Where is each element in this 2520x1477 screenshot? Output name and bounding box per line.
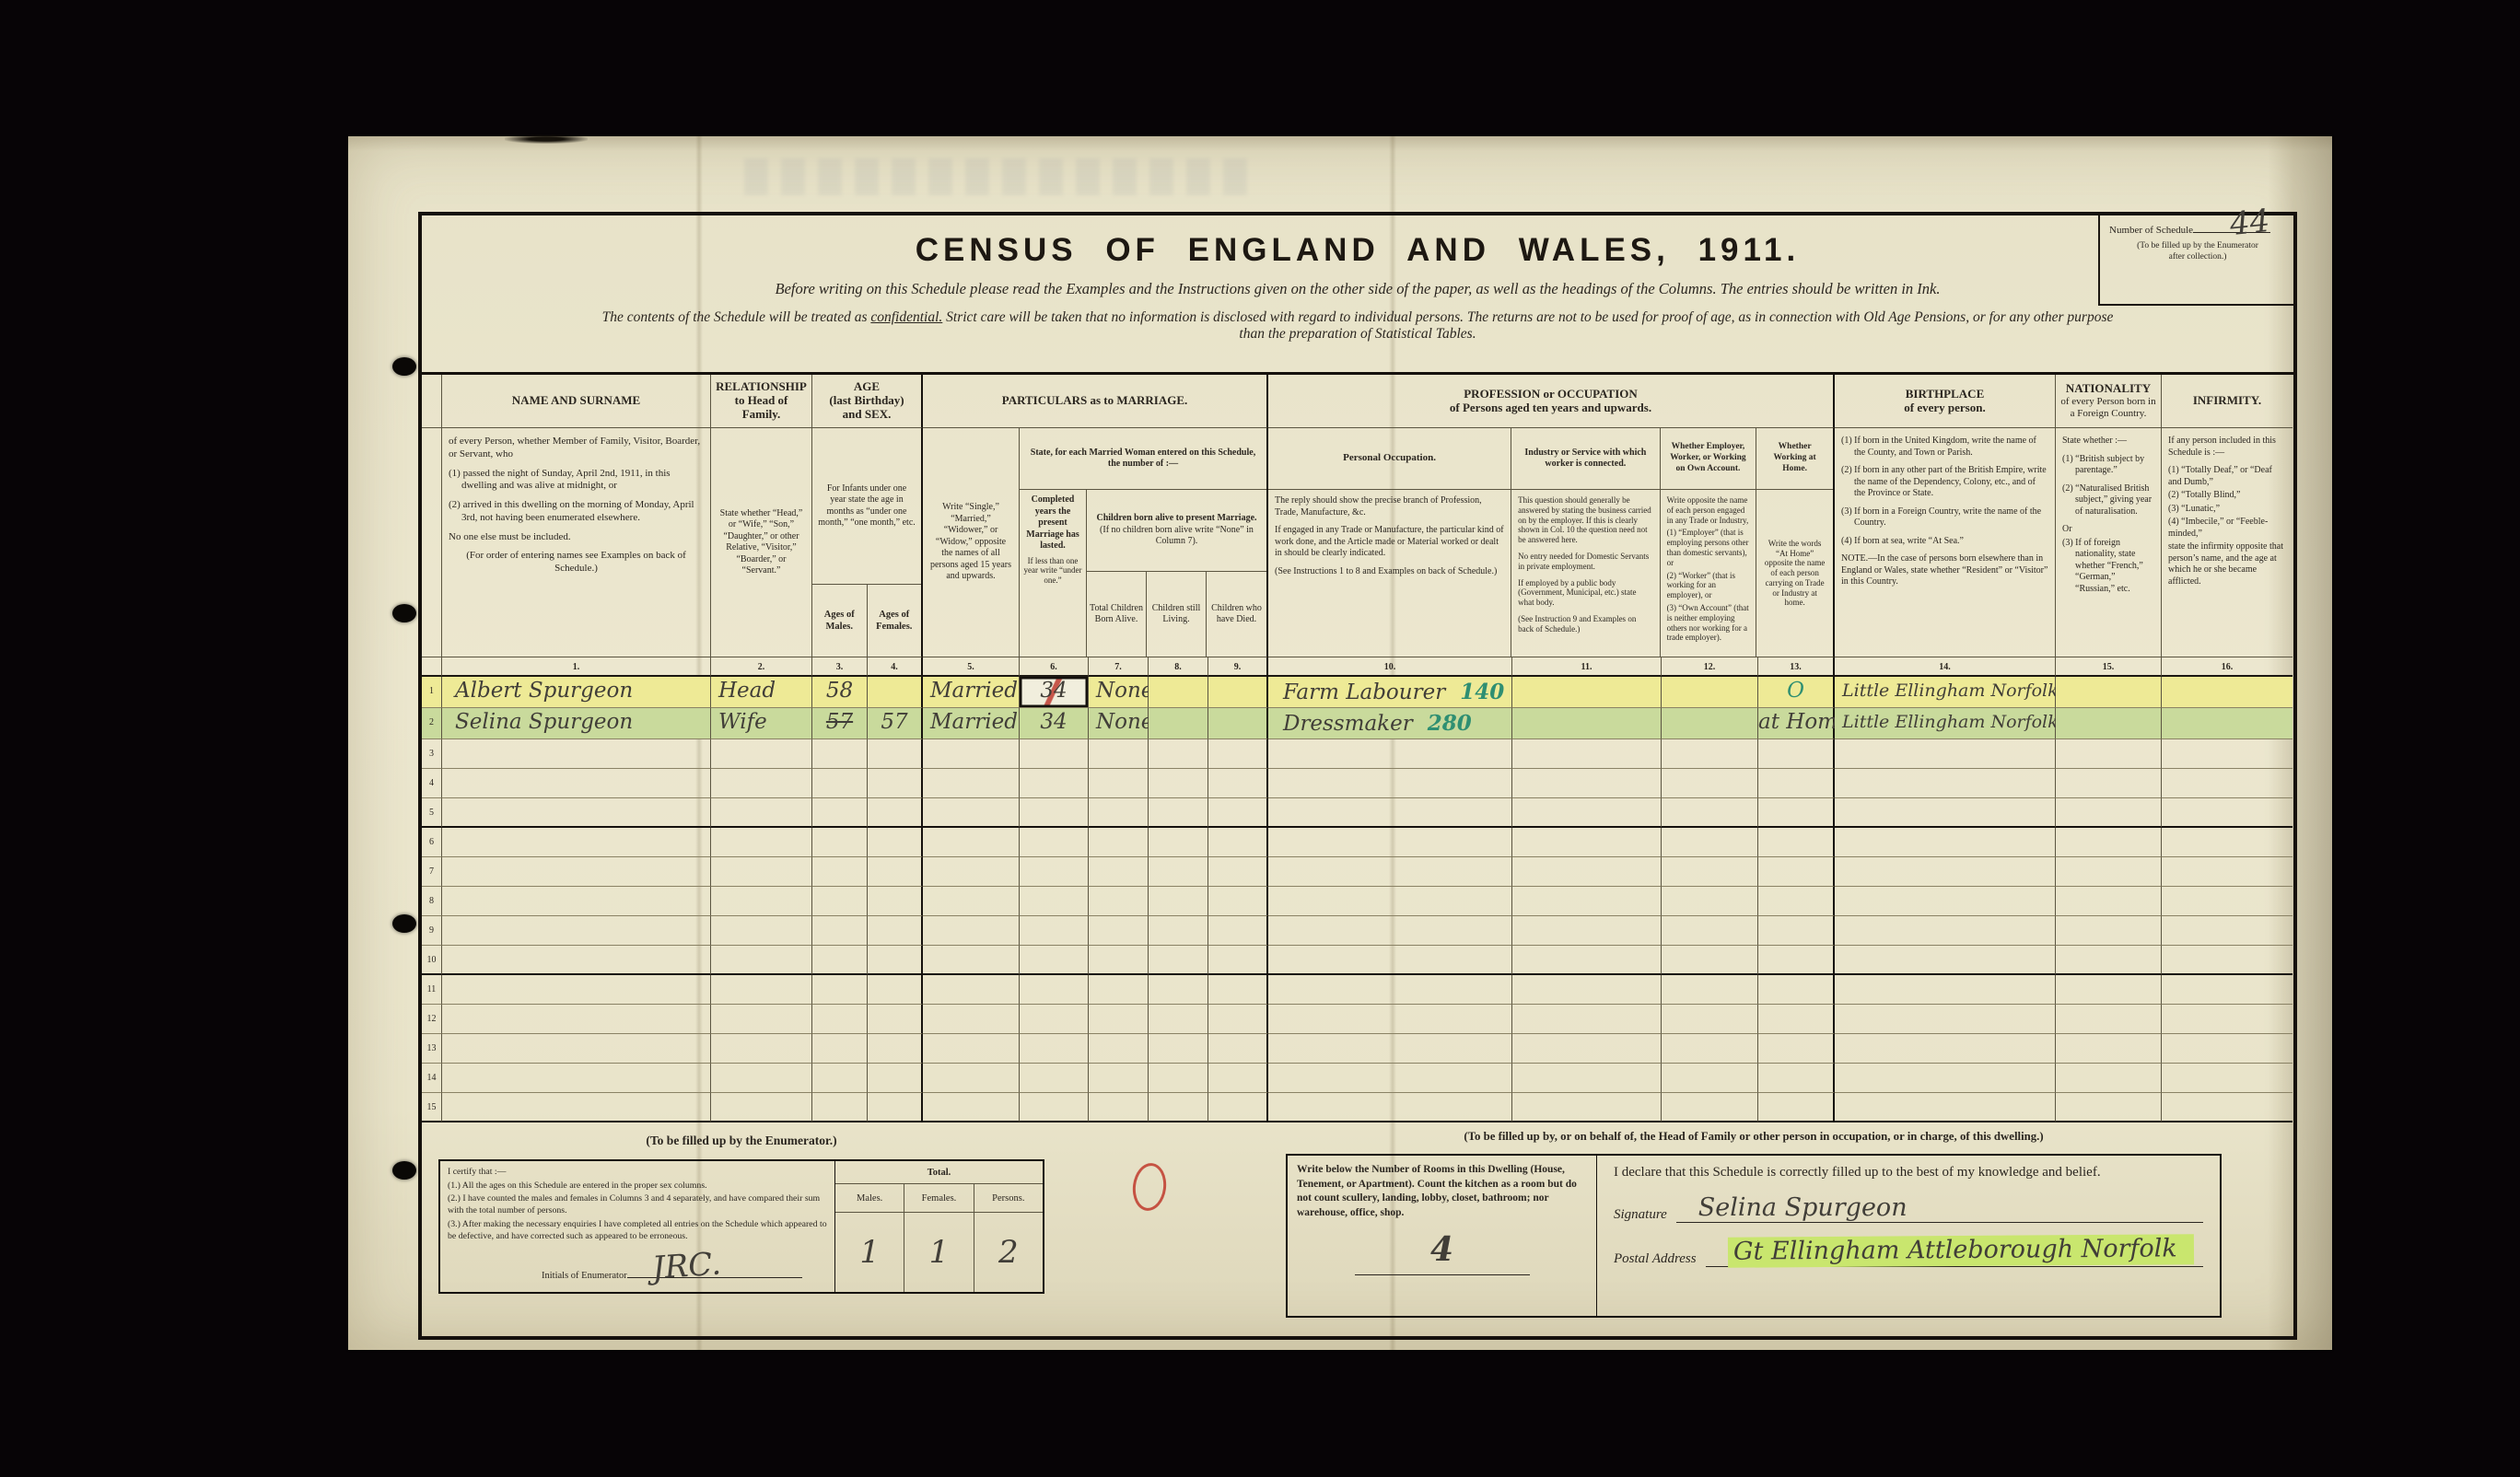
cell-age-males bbox=[812, 857, 868, 887]
employer-instr-p1: Write opposite the name of each person e… bbox=[1667, 495, 1750, 525]
declaration-text: I declare that this Schedule is correctl… bbox=[1614, 1165, 2203, 1180]
persons-value: 2 bbox=[974, 1213, 1043, 1292]
cell-birthplace bbox=[1835, 798, 2056, 828]
cell-relationship bbox=[711, 1005, 812, 1034]
cell-row-number: 7 bbox=[422, 857, 442, 887]
postal-address-value-area: Gt Ellingham Attleborough Norfolk bbox=[1706, 1236, 2203, 1267]
males-value: 1 bbox=[835, 1213, 904, 1292]
cell-marriage-years: 34 bbox=[1020, 677, 1089, 708]
cell-children-born bbox=[1089, 769, 1149, 798]
cell-age-females bbox=[868, 769, 923, 798]
cell-relationship: Wife bbox=[711, 708, 812, 739]
schedule-row: 15 bbox=[422, 1093, 2293, 1122]
infirmity-instr-5: (4) “Imbecile,” or “Feeble-minded,” bbox=[2168, 517, 2286, 540]
schedule-row: 11 bbox=[422, 975, 2293, 1005]
schedule-number-label: Number of Schedule bbox=[2109, 225, 2193, 236]
cell-marital bbox=[923, 1064, 1020, 1093]
col-head-infirmity: INFIRMITY. bbox=[2162, 375, 2292, 428]
children-born-label: Total Children Born Alive. bbox=[1087, 572, 1147, 657]
infirmity-instr-4: (3) “Lunatic,” bbox=[2168, 504, 2286, 516]
cell-children-living bbox=[1149, 739, 1208, 769]
cell-marital bbox=[923, 946, 1020, 975]
cell-name bbox=[442, 739, 711, 769]
cell-employer-worker bbox=[1662, 1093, 1758, 1122]
married-woman-header: State, for each Married Woman entered on… bbox=[1020, 428, 1266, 490]
rooms-value-area: 4 bbox=[1297, 1227, 1587, 1275]
cell-age-females bbox=[868, 1005, 923, 1034]
totals-values: 1 1 2 bbox=[835, 1213, 1043, 1292]
totals-header: Total. bbox=[835, 1161, 1043, 1184]
col-head-marriage: PARTICULARS as to MARRIAGE. bbox=[923, 375, 1268, 428]
marriage-years-main: Completed years the present Marriage has… bbox=[1023, 494, 1082, 552]
cell-industry bbox=[1512, 798, 1662, 828]
cell-children-living bbox=[1149, 887, 1208, 916]
at-home-instructions: Write the words “At Home” opposite the n… bbox=[1756, 490, 1833, 657]
column-number: 16. bbox=[2162, 657, 2292, 677]
cell-birthplace bbox=[1835, 1064, 2056, 1093]
cell-age-males: 57 bbox=[812, 708, 868, 739]
rooms-section: Write below the Number of Rooms in this … bbox=[1288, 1156, 1597, 1316]
cell-infirmity bbox=[2162, 1064, 2292, 1093]
cell-children-died bbox=[1208, 1093, 1268, 1122]
cell-infirmity bbox=[2162, 857, 2292, 887]
children-died-label: Children who have Died. bbox=[1207, 572, 1266, 657]
cell-employer-worker bbox=[1662, 677, 1758, 708]
cell-working-at-home: O bbox=[1758, 677, 1835, 708]
cell-children-died bbox=[1208, 1064, 1268, 1093]
cell-age-females bbox=[868, 887, 923, 916]
cell-row-number: 8 bbox=[422, 887, 442, 916]
cell-marital bbox=[923, 857, 1020, 887]
cell-working-at-home bbox=[1758, 1034, 1835, 1064]
schedule-number-box: Number of Schedule 44 (To be filled up b… bbox=[2098, 215, 2293, 306]
cell-row-number: 5 bbox=[422, 798, 442, 828]
cell-occupation bbox=[1268, 975, 1512, 1005]
married-woman-block: State, for each Married Woman entered on… bbox=[1020, 428, 1268, 657]
signature-label: Signature bbox=[1614, 1207, 1667, 1223]
cell-children-born: None bbox=[1089, 677, 1149, 708]
schedule-row: 8 bbox=[422, 887, 2293, 916]
cell-nationality bbox=[2056, 1005, 2162, 1034]
cell-occupation bbox=[1268, 1093, 1512, 1122]
intro-conf-post: Strict care will be taken that no inform… bbox=[942, 309, 2113, 325]
cell-birthplace bbox=[1835, 1093, 2056, 1122]
cell-industry bbox=[1512, 677, 1662, 708]
cell-name bbox=[442, 1005, 711, 1034]
schedule-row: 7 bbox=[422, 857, 2293, 887]
col-head-birthplace: BIRTHPLACE of every person. bbox=[1835, 375, 2056, 428]
cell-children-born bbox=[1089, 798, 1149, 828]
cell-age-males bbox=[812, 739, 868, 769]
cell-children-born bbox=[1089, 887, 1149, 916]
birthplace-subtitle: of every person. bbox=[1838, 401, 2051, 415]
cell-working-at-home bbox=[1758, 739, 1835, 769]
cell-age-males bbox=[812, 887, 868, 916]
infirmity-instr-1: If any person included in this Schedule … bbox=[2168, 436, 2286, 459]
cell-children-living bbox=[1149, 1034, 1208, 1064]
ages-of-females-label: Ages of Females. bbox=[868, 585, 922, 657]
punch-hole bbox=[392, 1161, 416, 1180]
cell-row-number: 3 bbox=[422, 739, 442, 769]
cell-row-number: 1 bbox=[422, 677, 442, 708]
profession-subtitles: Personal Occupation. Industry or Service… bbox=[1268, 428, 1833, 490]
cell-age-females bbox=[868, 1064, 923, 1093]
age-subtitle1: (last Birthday) bbox=[816, 394, 917, 408]
cell-children-living bbox=[1149, 946, 1208, 975]
cell-age-males bbox=[812, 828, 868, 857]
column-number: 4. bbox=[868, 657, 923, 677]
industry-instr-p3: If employed by a public body (Government… bbox=[1518, 578, 1652, 608]
cell-employer-worker bbox=[1662, 1005, 1758, 1034]
page-title: CENSUS OF ENGLAND AND WALES, 1911. bbox=[422, 215, 2293, 269]
enumerator-certification: I certify that :— (1.) All the ages on t… bbox=[440, 1161, 834, 1292]
cell-industry bbox=[1512, 769, 1662, 798]
column-number: 8. bbox=[1149, 657, 1208, 677]
cell-children-died bbox=[1208, 1005, 1268, 1034]
name-instr-p5: (For order of entering names see Example… bbox=[449, 550, 704, 576]
column-number: 12. bbox=[1662, 657, 1758, 677]
cell-occupation bbox=[1268, 1005, 1512, 1034]
females-label: Females. bbox=[904, 1184, 974, 1212]
cell-infirmity bbox=[2162, 1005, 2292, 1034]
schedule-row: 12 bbox=[422, 1005, 2293, 1034]
cell-children-died bbox=[1208, 739, 1268, 769]
paper-sheet: Number of Schedule 44 (To be filled up b… bbox=[348, 136, 2332, 1350]
cell-infirmity bbox=[2162, 708, 2292, 739]
cell-children-died bbox=[1208, 677, 1268, 708]
cell-occupation: Farm Labourer140 bbox=[1268, 677, 1512, 708]
cell-nationality bbox=[2056, 887, 2162, 916]
cell-occupation bbox=[1268, 887, 1512, 916]
cell-working-at-home bbox=[1758, 828, 1835, 857]
cell-age-males bbox=[812, 1005, 868, 1034]
cell-children-living bbox=[1149, 975, 1208, 1005]
punch-hole bbox=[392, 357, 416, 376]
cell-employer-worker bbox=[1662, 739, 1758, 769]
cell-name bbox=[442, 828, 711, 857]
children-header-note: (If no children born alive write “None” … bbox=[1092, 525, 1261, 548]
schedule-row: 1 Albert Spurgeon Head 58 Married 34 Non… bbox=[422, 677, 2293, 708]
relationship-instructions: State whether “Head,” or “Wife,” “Son,” … bbox=[711, 428, 812, 657]
cell-infirmity bbox=[2162, 916, 2292, 946]
cell-relationship bbox=[711, 1093, 812, 1122]
females-value: 1 bbox=[904, 1213, 974, 1292]
cell-row-number: 12 bbox=[422, 1005, 442, 1034]
occupation-text: Dressmaker bbox=[1283, 710, 1413, 738]
profession-title: PROFESSION or OCCUPATION bbox=[1272, 388, 1829, 401]
cell-nationality bbox=[2056, 857, 2162, 887]
cell-birthplace bbox=[1835, 769, 2056, 798]
name-instr-p2: (1) passed the night of Sunday, April 2n… bbox=[449, 468, 704, 494]
schedule-row: 9 bbox=[422, 916, 2293, 946]
cell-birthplace bbox=[1835, 887, 2056, 916]
cell-children-born bbox=[1089, 1034, 1149, 1064]
cell-age-males bbox=[812, 975, 868, 1005]
postal-address-value: Gt Ellingham Attleborough Norfolk bbox=[1727, 1234, 2193, 1268]
cell-birthplace bbox=[1835, 1034, 2056, 1064]
cell-employer-worker bbox=[1662, 916, 1758, 946]
cell-birthplace bbox=[1835, 946, 2056, 975]
cell-age-males bbox=[812, 1034, 868, 1064]
schedule-rows: 1 Albert Spurgeon Head 58 Married 34 Non… bbox=[422, 677, 2293, 1122]
column-number: 7. bbox=[1089, 657, 1149, 677]
cell-employer-worker bbox=[1662, 887, 1758, 916]
age-infants-note: For Infants under one year state the age… bbox=[812, 428, 921, 584]
cell-marriage-years bbox=[1020, 798, 1089, 828]
paper-smudge bbox=[505, 134, 588, 144]
cell-infirmity bbox=[2162, 946, 2292, 975]
birthplace-instr-2: (2) If born in any other part of the Bri… bbox=[1841, 465, 2048, 500]
enumerator-box: I certify that :— (1.) All the ages on t… bbox=[438, 1159, 1044, 1294]
cell-children-died bbox=[1208, 828, 1268, 857]
cell-marriage-years bbox=[1020, 857, 1089, 887]
cell-industry bbox=[1512, 1034, 1662, 1064]
name-instructions: of every Person, whether Member of Famil… bbox=[442, 428, 711, 657]
column-number: 6. bbox=[1020, 657, 1089, 677]
cell-marital bbox=[923, 1005, 1020, 1034]
cell-children-died bbox=[1208, 769, 1268, 798]
name-instr-p3: (2) arrived in this dwelling on the morn… bbox=[449, 499, 704, 525]
cell-nationality bbox=[2056, 916, 2162, 946]
infirmity-instr-6: state the infirmity opposite that person… bbox=[2168, 541, 2286, 587]
cell-relationship bbox=[711, 1064, 812, 1093]
cell-birthplace bbox=[1835, 975, 2056, 1005]
cell-age-males bbox=[812, 916, 868, 946]
cell-marital bbox=[923, 1093, 1020, 1122]
cell-infirmity bbox=[2162, 1093, 2292, 1122]
occupation-code: 140 bbox=[1460, 679, 1504, 706]
age-title: AGE bbox=[816, 380, 917, 394]
cell-employer-worker bbox=[1662, 828, 1758, 857]
schedule-number-note: (To be filled up by the Enumerator after… bbox=[2109, 241, 2286, 263]
cell-industry bbox=[1512, 887, 1662, 916]
row-number-column-head bbox=[422, 375, 442, 428]
infirmity-instructions: If any person included in this Schedule … bbox=[2162, 428, 2292, 657]
column-number: 10. bbox=[1268, 657, 1512, 677]
intro-line-1: Before writing on this Schedule please r… bbox=[422, 280, 2293, 298]
row-number-column-body bbox=[422, 428, 442, 657]
profession-block: Personal Occupation. Industry or Service… bbox=[1268, 428, 1835, 657]
cell-birthplace: Little Ellingham Norfolk bbox=[1835, 677, 2056, 708]
column-number: 14. bbox=[1835, 657, 2056, 677]
cell-children-born bbox=[1089, 1064, 1149, 1093]
cell-relationship bbox=[711, 857, 812, 887]
cell-age-males bbox=[812, 946, 868, 975]
schedule-number-value: 44 bbox=[2228, 203, 2271, 243]
cell-marital: Married bbox=[923, 708, 1020, 739]
cell-occupation bbox=[1268, 916, 1512, 946]
cell-infirmity bbox=[2162, 769, 2292, 798]
cell-children-living bbox=[1149, 798, 1208, 828]
cell-relationship bbox=[711, 975, 812, 1005]
cell-children-living bbox=[1149, 708, 1208, 739]
cell-relationship bbox=[711, 916, 812, 946]
intro-conf-word: confidential. bbox=[870, 309, 942, 325]
column-number: 15. bbox=[2056, 657, 2162, 677]
cell-age-females bbox=[868, 1034, 923, 1064]
children-header: Children born alive to present Marriage.… bbox=[1087, 490, 1266, 572]
cell-nationality bbox=[2056, 739, 2162, 769]
cell-row-number: 13 bbox=[422, 1034, 442, 1064]
cell-row-number: 6 bbox=[422, 828, 442, 857]
rooms-instructions: Write below the Number of Rooms in this … bbox=[1297, 1164, 1577, 1218]
cell-relationship bbox=[711, 1034, 812, 1064]
col-head-relationship: RELATIONSHIP to Head of Family. bbox=[711, 375, 812, 428]
cell-industry bbox=[1512, 708, 1662, 739]
occupation-instr-p3: (See Instructions 1 to 8 and Examples on… bbox=[1275, 566, 1504, 578]
certify-intro: I certify that :— bbox=[448, 1167, 827, 1179]
schedule-row: 3 bbox=[422, 739, 2293, 769]
intro-line-3: than the preparation of Statistical Tabl… bbox=[422, 326, 2293, 343]
cell-working-at-home: at Home bbox=[1758, 708, 1835, 739]
name-instr-p1: of every Person, whether Member of Famil… bbox=[449, 436, 704, 461]
cell-age-females bbox=[868, 828, 923, 857]
initials-label: Initials of Enumerator bbox=[542, 1271, 627, 1281]
schedule-row: 5 bbox=[422, 798, 2293, 828]
form-header: Number of Schedule 44 (To be filled up b… bbox=[422, 215, 2293, 372]
cell-nationality bbox=[2056, 1093, 2162, 1122]
census-form: Number of Schedule 44 (To be filled up b… bbox=[418, 212, 2297, 1340]
cell-industry bbox=[1512, 946, 1662, 975]
industry-label: Industry or Service with which worker is… bbox=[1511, 428, 1660, 489]
cell-children-living bbox=[1149, 769, 1208, 798]
marriage-years-note: If less than one year write “under one.” bbox=[1023, 556, 1082, 586]
cell-marital bbox=[923, 975, 1020, 1005]
birthplace-instr-note: NOTE.—In the case of persons born elsewh… bbox=[1841, 553, 2048, 588]
cell-industry bbox=[1512, 828, 1662, 857]
cell-working-at-home bbox=[1758, 1064, 1835, 1093]
employer-instructions: Write opposite the name of each person e… bbox=[1661, 490, 1757, 657]
nationality-instr-2: (1) “British subject by parentage.” bbox=[2062, 454, 2154, 477]
column-number: 3. bbox=[812, 657, 868, 677]
profession-subtitle: of Persons aged ten years and upwards. bbox=[1272, 401, 1829, 415]
cell-nationality bbox=[2056, 1064, 2162, 1093]
cell-marriage-years: 34 bbox=[1020, 708, 1089, 739]
rooms-rule bbox=[1355, 1274, 1530, 1275]
column-number: 9. bbox=[1208, 657, 1268, 677]
cell-relationship bbox=[711, 828, 812, 857]
col-head-age: AGE (last Birthday) and SEX. bbox=[812, 375, 923, 428]
nationality-instr-3: (2) “Naturalised British subject,” givin… bbox=[2062, 483, 2154, 518]
cell-employer-worker bbox=[1662, 798, 1758, 828]
cell-children-born bbox=[1089, 739, 1149, 769]
cell-name bbox=[442, 1093, 711, 1122]
cell-marriage-years bbox=[1020, 1093, 1089, 1122]
cell-occupation bbox=[1268, 857, 1512, 887]
cell-name bbox=[442, 798, 711, 828]
cell-nationality bbox=[2056, 1034, 2162, 1064]
cell-age-males: 58 bbox=[812, 677, 868, 708]
cell-children-died bbox=[1208, 857, 1268, 887]
occupation-text: Farm Labourer bbox=[1283, 679, 1445, 706]
cell-birthplace bbox=[1835, 739, 2056, 769]
relationship-subtitle: to Head of Family. bbox=[715, 394, 808, 422]
cell-relationship bbox=[711, 798, 812, 828]
cell-marital bbox=[923, 828, 1020, 857]
column-number: 2. bbox=[711, 657, 812, 677]
householder-box: Write below the Number of Rooms in this … bbox=[1286, 1154, 2222, 1318]
cell-nationality bbox=[2056, 708, 2162, 739]
cell-children-living bbox=[1149, 916, 1208, 946]
rooms-value: 4 bbox=[1430, 1230, 1453, 1269]
cell-age-females bbox=[868, 798, 923, 828]
cell-children-died bbox=[1208, 946, 1268, 975]
marital-instructions: Write “Single,” “Married,” “Widower,” or… bbox=[923, 428, 1020, 657]
schedule-row: 4 bbox=[422, 769, 2293, 798]
cell-infirmity bbox=[2162, 739, 2292, 769]
cell-children-born bbox=[1089, 857, 1149, 887]
cell-birthplace bbox=[1835, 828, 2056, 857]
red-zero-mark bbox=[1130, 1161, 1169, 1213]
cell-occupation bbox=[1268, 946, 1512, 975]
cell-children-living bbox=[1149, 828, 1208, 857]
employer-instr-p3: (2) “Worker” (that is working for an emp… bbox=[1667, 571, 1750, 600]
cell-working-at-home bbox=[1758, 946, 1835, 975]
infirmity-instr-3: (2) “Totally Blind,” bbox=[2168, 490, 2286, 502]
occupation-instr-p2: If engaged in any Trade or Manufacture, … bbox=[1275, 525, 1504, 560]
punch-hole bbox=[392, 604, 416, 622]
cell-industry bbox=[1512, 1064, 1662, 1093]
header-instruction-row: of every Person, whether Member of Famil… bbox=[422, 428, 2293, 657]
cell-name bbox=[442, 946, 711, 975]
cell-children-living bbox=[1149, 1093, 1208, 1122]
cell-industry bbox=[1512, 916, 1662, 946]
working-at-home-label: Whether Working at Home. bbox=[1756, 428, 1833, 489]
cell-children-died bbox=[1208, 887, 1268, 916]
cell-infirmity bbox=[2162, 677, 2292, 708]
cell-children-born bbox=[1089, 946, 1149, 975]
cell-infirmity bbox=[2162, 1034, 2292, 1064]
cell-name bbox=[442, 857, 711, 887]
cell-nationality bbox=[2056, 798, 2162, 828]
cell-age-females: 57 bbox=[868, 708, 923, 739]
cell-working-at-home bbox=[1758, 1005, 1835, 1034]
cell-employer-worker bbox=[1662, 857, 1758, 887]
cell-age-females bbox=[868, 1093, 923, 1122]
cell-occupation: Dressmaker280 bbox=[1268, 708, 1512, 739]
cell-age-females bbox=[868, 857, 923, 887]
cell-working-at-home bbox=[1758, 857, 1835, 887]
cell-nationality bbox=[2056, 769, 2162, 798]
cell-children-born bbox=[1089, 1093, 1149, 1122]
col-head-nationality: NATIONALITY of every Person born in a Fo… bbox=[2056, 375, 2162, 428]
children-subcolumns: Total Children Born Alive. Children stil… bbox=[1087, 572, 1266, 657]
cell-row-number: 14 bbox=[422, 1064, 442, 1093]
birthplace-instr-4: (4) If born at sea, write “At Sea.” bbox=[1841, 536, 2048, 548]
nationality-instr-5: (3) If of foreign nationality, state whe… bbox=[2062, 538, 2154, 596]
cell-age-males bbox=[812, 769, 868, 798]
birthplace-instr-1: (1) If born in the United Kingdom, write… bbox=[1841, 436, 2048, 459]
cell-children-died bbox=[1208, 798, 1268, 828]
declaration-section: I declare that this Schedule is correctl… bbox=[1597, 1156, 2220, 1316]
cell-marital bbox=[923, 769, 1020, 798]
cell-row-number: 10 bbox=[422, 946, 442, 975]
certify-item-1: (1.) All the ages on this Schedule are e… bbox=[448, 1180, 827, 1192]
schedule-note-line1: (To be filled up by the Enumerator bbox=[2109, 241, 2286, 252]
cell-working-at-home bbox=[1758, 769, 1835, 798]
cell-employer-worker bbox=[1662, 769, 1758, 798]
relationship-title: RELATIONSHIP bbox=[715, 380, 808, 394]
postal-address-line: Postal Address Gt Ellingham Attleborough… bbox=[1614, 1236, 2203, 1267]
infirmity-instr-2: (1) “Totally Deaf,” or “Deaf and Dumb,” bbox=[2168, 465, 2286, 488]
age-instructions: For Infants under one year state the age… bbox=[812, 428, 923, 657]
cell-employer-worker bbox=[1662, 975, 1758, 1005]
totals-column-labels: Males. Females. Persons. bbox=[835, 1184, 1043, 1213]
schedule-note-line2: after collection.) bbox=[2109, 252, 2286, 263]
cell-row-number: 11 bbox=[422, 975, 442, 1005]
cell-name bbox=[442, 887, 711, 916]
cell-name bbox=[442, 769, 711, 798]
